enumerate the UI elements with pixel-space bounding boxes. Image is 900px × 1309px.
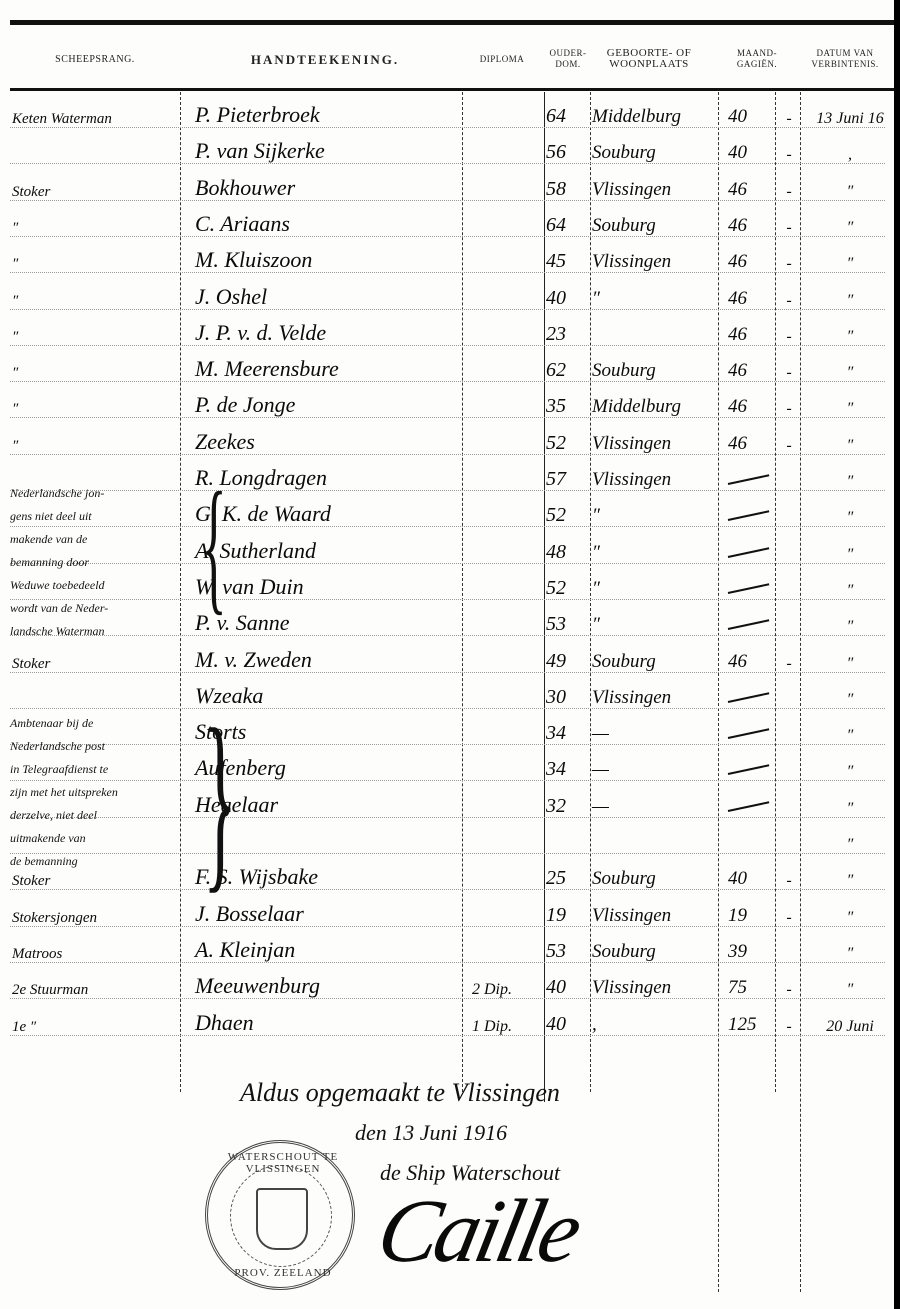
cell-place: Souburg xyxy=(592,215,712,237)
cell-date: ″ xyxy=(808,400,892,418)
header-birthplace: Geboorte- of Woonplaats xyxy=(594,34,704,84)
cell-date: 20 Juni xyxy=(808,1018,892,1036)
cell-date: ″ xyxy=(808,546,892,564)
cell-date: 13 Juni 16 xyxy=(808,110,892,128)
header-date: Datum van Verbintenis. xyxy=(800,34,890,84)
cell-place: Middelburg xyxy=(592,106,712,128)
seal-top-text: WATERSCHOUT TE VLISSINGEN xyxy=(208,1151,358,1175)
note-line: de bemanning xyxy=(10,850,180,873)
cell-dash: - xyxy=(782,872,796,890)
cell-date: ″ xyxy=(808,945,892,963)
top-rule xyxy=(10,20,895,25)
cell-age: 49 xyxy=(546,650,588,673)
table-row: ″J. P. v. d. Velde2346-″ xyxy=(0,318,895,352)
cell-place: , xyxy=(592,1014,712,1036)
cell-wage: 46 xyxy=(728,396,768,418)
note-line: in Telegraafdienst te xyxy=(10,758,180,781)
cell-age: 40 xyxy=(546,976,588,999)
cell-date: ″ xyxy=(808,219,892,237)
cell-name: R. Longdragen xyxy=(195,465,515,491)
cell-age: 25 xyxy=(546,867,588,890)
table-row: StokerM. v. Zweden49Souburg46-″ xyxy=(0,645,895,679)
table-row: Wzeaka30Vlissingen″ xyxy=(0,681,895,715)
table-row: MatroosA. Kleinjan53Souburg39″ xyxy=(0,935,895,969)
cell-age: 40 xyxy=(546,1013,588,1036)
note-line: derzelve, niet deel xyxy=(10,804,180,827)
cell-place: — xyxy=(592,796,712,818)
cell-date: ″ xyxy=(808,691,892,709)
cell-wage: 46 xyxy=(728,651,768,673)
cell-place: ″ xyxy=(592,288,712,310)
header-rank: Scheepsrang. xyxy=(15,34,175,84)
cell-name: C. Ariaans xyxy=(195,211,515,237)
cell-place: — xyxy=(592,759,712,781)
cell-diploma: 1 Dip. xyxy=(462,1018,522,1036)
cell-diploma: 2 Dip. xyxy=(462,981,522,999)
header-diploma: Diploma xyxy=(462,34,542,84)
cell-name: Hegelaar xyxy=(195,792,515,818)
cell-date: ″ xyxy=(808,509,892,527)
cell-name: Storts xyxy=(195,719,515,745)
cell-name: P. de Jonge xyxy=(195,392,515,418)
footer-date: den 13 Juni 1916 xyxy=(355,1120,507,1146)
cell-rank: ″ xyxy=(12,220,177,237)
cell-wage: 46 xyxy=(728,360,768,382)
cell-date: ″ xyxy=(808,473,892,491)
cell-wage: 19 xyxy=(728,905,768,927)
cell-place: Souburg xyxy=(592,360,712,382)
cell-date: ″ xyxy=(808,364,892,382)
header-rule xyxy=(10,88,895,91)
cell-rank: Matroos xyxy=(12,946,177,963)
table-row: P. van Sijkerke56Souburg40-, xyxy=(0,136,895,170)
cell-name: G. K. de Waard xyxy=(195,501,515,527)
cell-age: 52 xyxy=(546,577,588,600)
official-signature: Caille xyxy=(369,1180,587,1283)
seal-shield-icon xyxy=(256,1188,308,1250)
cell-wage: 40 xyxy=(728,868,768,890)
table-row: ″M. Kluiszoon45Vlissingen46-″ xyxy=(0,245,895,279)
note-group-2: Ambtenaar bij deNederlandsche postin Tel… xyxy=(10,712,180,873)
cell-date: ″ xyxy=(808,255,892,273)
cell-place: Souburg xyxy=(592,142,712,164)
cell-dash: - xyxy=(782,1018,796,1036)
cell-age: 48 xyxy=(546,541,588,564)
cell-name: M. Meerensbure xyxy=(195,356,515,382)
note-line: Ambtenaar bij de xyxy=(10,712,180,735)
cell-wage: 46 xyxy=(728,215,768,237)
cell-rank: 1e ″ xyxy=(12,1019,177,1036)
cell-age: 64 xyxy=(546,214,588,237)
cell-place: Vlissingen xyxy=(592,687,712,709)
cell-age: 19 xyxy=(546,904,588,927)
cell-date: ″ xyxy=(808,618,892,636)
note-line: zijn met het uitspreken xyxy=(10,781,180,804)
note-line: bemanning door xyxy=(10,551,180,574)
table-row: 1e ″Dhaen1 Dip.40,125-20 Juni xyxy=(0,1008,895,1042)
cell-name: J. Bosselaar xyxy=(195,901,515,927)
cell-rank: Stoker xyxy=(12,184,177,201)
cell-rank: 2e Stuurman xyxy=(12,982,177,999)
cell-age: 35 xyxy=(546,395,588,418)
cell-rank: ″ xyxy=(12,293,177,310)
cell-name: P. Pieterbroek xyxy=(195,102,515,128)
cell-place: Middelburg xyxy=(592,396,712,418)
cell-dash: - xyxy=(782,655,796,673)
cell-rank: ″ xyxy=(12,365,177,382)
cell-dash: - xyxy=(782,183,796,201)
brace-group-2: } xyxy=(203,700,237,900)
muster-roll-page: Scheepsrang. Handteekening. Diploma Oude… xyxy=(0,0,900,1309)
cell-name: Wzeaka xyxy=(195,683,515,709)
cell-age: 34 xyxy=(546,722,588,745)
cell-date: ″ xyxy=(808,727,892,745)
cell-wage: 46 xyxy=(728,179,768,201)
footer-place: Aldus opgemaakt te Vlissingen xyxy=(240,1078,560,1108)
cell-dash: - xyxy=(782,146,796,164)
cell-name: W. van Duin xyxy=(195,574,515,600)
cell-place: Vlissingen xyxy=(592,469,712,491)
cell-wage: 40 xyxy=(728,106,768,128)
note-line: Nederlandsche jon- xyxy=(10,482,180,505)
cell-date: ″ xyxy=(808,872,892,890)
cell-date: ″ xyxy=(808,763,892,781)
cell-age: 64 xyxy=(546,105,588,128)
cell-rank: ″ xyxy=(12,438,177,455)
cell-date: ″ xyxy=(808,800,892,818)
cell-date: ″ xyxy=(808,836,892,854)
official-seal: WATERSCHOUT TE VLISSINGEN PROV. ZEELAND xyxy=(205,1140,355,1290)
note-line: Weduwe toebedeeld xyxy=(10,574,180,597)
cell-wage: 40 xyxy=(728,142,768,164)
cell-dash: - xyxy=(782,981,796,999)
cell-name: P. van Sijkerke xyxy=(195,138,515,164)
cell-place: Vlissingen xyxy=(592,179,712,201)
brace-group-1: { xyxy=(201,470,226,620)
cell-dash: - xyxy=(782,110,796,128)
table-row: ″C. Ariaans64Souburg46-″ xyxy=(0,209,895,243)
header-wages: Maand-gagiën. xyxy=(722,34,792,84)
table-row: 2e StuurmanMeeuwenburg2 Dip.40Vlissingen… xyxy=(0,971,895,1005)
cell-name: A. Kleinjan xyxy=(195,937,515,963)
cell-rank: ″ xyxy=(12,329,177,346)
cell-age: 52 xyxy=(546,432,588,455)
cell-date: ″ xyxy=(808,909,892,927)
cell-name: Aufenberg xyxy=(195,755,515,781)
cell-dash: - xyxy=(782,909,796,927)
cell-date: ″ xyxy=(808,183,892,201)
cell-wage: 39 xyxy=(728,941,768,963)
cell-age: 53 xyxy=(546,613,588,636)
cell-name: F. S. Wijsbake xyxy=(195,864,515,890)
cell-wage: 46 xyxy=(728,251,768,273)
cell-wage: 125 xyxy=(728,1014,768,1036)
cell-date: ″ xyxy=(808,292,892,310)
cell-date: ″ xyxy=(808,981,892,999)
cell-place: Vlissingen xyxy=(592,905,712,927)
cell-name: P. v. Sanne xyxy=(195,610,515,636)
table-row: ″J. Oshel40″46-″ xyxy=(0,282,895,316)
table-row: Keten WatermanP. Pieterbroek64Middelburg… xyxy=(0,100,895,134)
header-age: Ouder-dom. xyxy=(548,34,588,84)
cell-place: — xyxy=(592,723,712,745)
cell-age: 58 xyxy=(546,178,588,201)
cell-dash: - xyxy=(782,400,796,418)
cell-date: ″ xyxy=(808,437,892,455)
table-row: StokersjongenJ. Bosselaar19Vlissingen19-… xyxy=(0,899,895,933)
cell-date: ″ xyxy=(808,582,892,600)
cell-age: 62 xyxy=(546,359,588,382)
table-row: ″Zeekes52Vlissingen46-″ xyxy=(0,427,895,461)
cell-place: Souburg xyxy=(592,651,712,673)
cell-place: Souburg xyxy=(592,868,712,890)
note-line: uitmakende van xyxy=(10,827,180,850)
cell-rank: ″ xyxy=(12,256,177,273)
cell-place: ″ xyxy=(592,542,712,564)
cell-age: 45 xyxy=(546,250,588,273)
cell-name: J. Oshel xyxy=(195,284,515,310)
cell-age: 56 xyxy=(546,141,588,164)
cell-dash: - xyxy=(782,437,796,455)
cell-rank: Stoker xyxy=(12,656,177,673)
cell-name: M. Kluiszoon xyxy=(195,247,515,273)
cell-age: 34 xyxy=(546,758,588,781)
cell-name: Zeekes xyxy=(195,429,515,455)
cell-dash: - xyxy=(782,255,796,273)
cell-age: 30 xyxy=(546,686,588,709)
cell-place: ″ xyxy=(592,614,712,636)
note-line: gens niet deel uit xyxy=(10,505,180,528)
cell-place: Vlissingen xyxy=(592,251,712,273)
note-line: makende van de xyxy=(10,528,180,551)
cell-date: ″ xyxy=(808,328,892,346)
cell-wage: 75 xyxy=(728,977,768,999)
header-signature: Handteekening. xyxy=(195,34,455,84)
note-line: landsche Waterman xyxy=(10,620,180,643)
note-group-1: Nederlandsche jon-gens niet deel uitmake… xyxy=(10,482,180,643)
cell-wage: 46 xyxy=(728,288,768,310)
table-row: StokerBokhouwer58Vlissingen46-″ xyxy=(0,173,895,207)
cell-place: Souburg xyxy=(592,941,712,963)
note-line: wordt van de Neder- xyxy=(10,597,180,620)
cell-rank: Stoker xyxy=(12,873,177,890)
cell-place: Vlissingen xyxy=(592,433,712,455)
cell-place: ″ xyxy=(592,505,712,527)
cell-dash: - xyxy=(782,364,796,382)
cell-wage: 46 xyxy=(728,324,768,346)
cell-name: A. Sutherland xyxy=(195,538,515,564)
cell-date: ″ xyxy=(808,655,892,673)
cell-name: Bokhouwer xyxy=(195,175,515,201)
cell-wage: 46 xyxy=(728,433,768,455)
cell-date: , xyxy=(808,146,892,164)
cell-rank: ″ xyxy=(12,401,177,418)
cell-name: M. v. Zweden xyxy=(195,647,515,673)
cell-age: 40 xyxy=(546,287,588,310)
cell-dash: - xyxy=(782,328,796,346)
cell-place: Vlissingen xyxy=(592,977,712,999)
table-row: ″M. Meerensbure62Souburg46-″ xyxy=(0,354,895,388)
cell-name: J. P. v. d. Velde xyxy=(195,320,515,346)
cell-dash: - xyxy=(782,292,796,310)
cell-age: 57 xyxy=(546,468,588,491)
note-line: Nederlandsche post xyxy=(10,735,180,758)
cell-rank: Stokersjongen xyxy=(12,910,177,927)
cell-age: 32 xyxy=(546,795,588,818)
cell-dash: - xyxy=(782,219,796,237)
cell-age: 52 xyxy=(546,504,588,527)
cell-age: 23 xyxy=(546,323,588,346)
cell-age: 53 xyxy=(546,940,588,963)
table-row: ″P. de Jonge35Middelburg46-″ xyxy=(0,390,895,424)
cell-place: ″ xyxy=(592,578,712,600)
cell-rank: Keten Waterman xyxy=(12,111,177,128)
seal-bottom-text: PROV. ZEELAND xyxy=(208,1267,358,1279)
